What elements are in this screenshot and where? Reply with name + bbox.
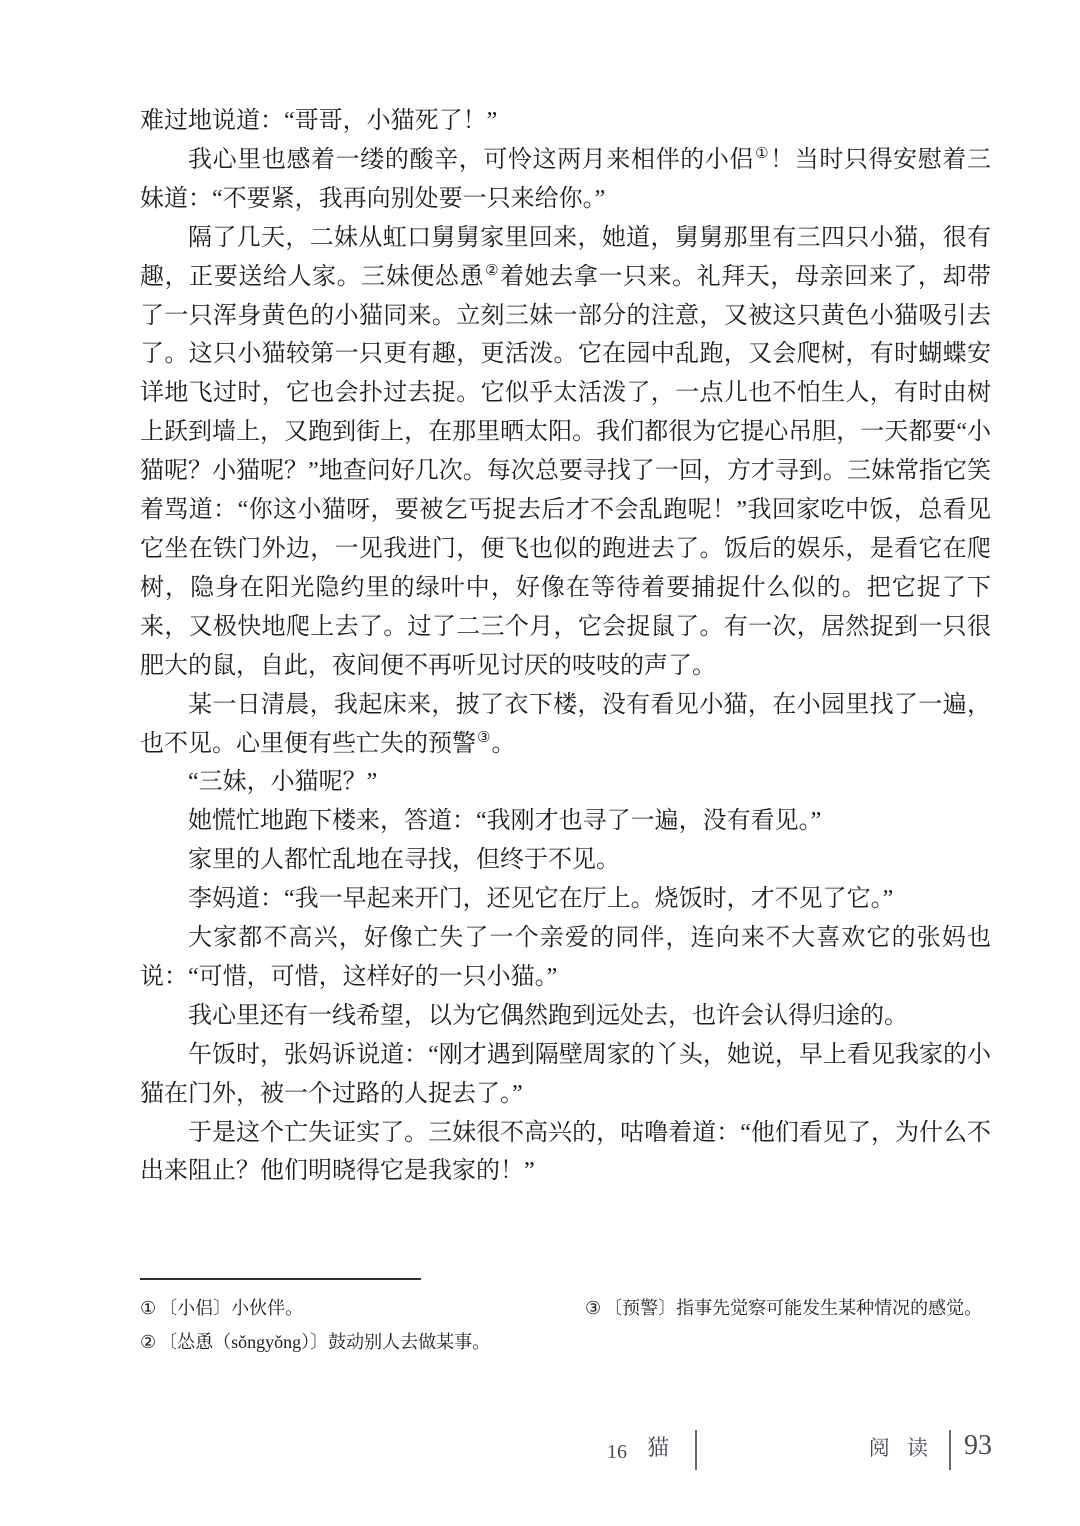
paragraph: 她慌忙地跑下楼来，答道：“我刚才也寻了一遍，没有看见。” bbox=[140, 802, 991, 841]
footnote-text: 〔小侣〕小伙伴。 bbox=[159, 1298, 303, 1318]
paragraph: 我心里也感着一缕的酸辛，可怜这两月来相伴的小侣①！当时只得安慰着三妹道：“不要紧… bbox=[140, 141, 991, 219]
lesson-title: 猫 bbox=[647, 1430, 669, 1464]
paragraph: 大家都不高兴，好像亡失了一个亲爱的同伴，连向来不大喜欢它的张妈也说：“可惜，可惜… bbox=[140, 919, 991, 997]
article-body: 难过地说道：“哥哥，小猫死了！”我心里也感着一缕的酸辛，可怜这两月来相伴的小侣①… bbox=[140, 102, 991, 1191]
footer-vertical-rule bbox=[949, 1430, 951, 1470]
footnotes-columns: ①〔小侣〕小伙伴。②〔怂恿（sǒngyǒng）〕鼓动别人去做某事。 ③〔预警〕指… bbox=[140, 1291, 991, 1359]
paragraph: 隔了几天，二妹从虹口舅舅家里回来，她道，舅舅那里有三四只小猫，很有趣，正要送给人… bbox=[140, 219, 991, 686]
footnotes-col-left: ①〔小侣〕小伙伴。②〔怂恿（sǒngyǒng）〕鼓动别人去做某事。 bbox=[140, 1291, 585, 1359]
paragraph: 家里的人都忙乱地在寻找，但终于不见。 bbox=[140, 841, 991, 880]
footnote-text: 〔预警〕指事先觉察可能发生某种情况的感觉。 bbox=[604, 1298, 982, 1318]
textbook-page: 难过地说道：“哥哥，小猫死了！”我心里也感着一缕的酸辛，可怜这两月来相伴的小侣①… bbox=[0, 0, 1080, 1526]
paragraph: 于是这个亡失证实了。三妹很不高兴的，咕噜着道：“他们看见了，为什么不出来阻止？他… bbox=[140, 1114, 991, 1192]
paragraph: 午饭时，张妈诉说道：“刚才遇到隔壁周家的丫头，她说，早上看见我家的小猫在门外，被… bbox=[140, 1036, 991, 1114]
page-number: 93 bbox=[964, 1430, 992, 1462]
paragraph: 李妈道：“我一早起来开门，还见它在厅上。烧饭时，才不见了它。” bbox=[140, 880, 991, 919]
footnote-reference: ③ bbox=[477, 730, 490, 746]
paragraph: 难过地说道：“哥哥，小猫死了！” bbox=[140, 102, 991, 141]
footnote-reference: ② bbox=[485, 263, 499, 279]
footnote-marker: ① bbox=[140, 1298, 156, 1318]
footnote-item: ①〔小侣〕小伙伴。 bbox=[140, 1291, 585, 1325]
footnotes-col-right: ③〔预警〕指事先觉察可能发生某种情况的感觉。 bbox=[585, 1291, 991, 1359]
footnotes-section: ①〔小侣〕小伙伴。②〔怂恿（sǒngyǒng）〕鼓动别人去做某事。 ③〔预警〕指… bbox=[140, 1278, 991, 1359]
footer-vertical-rule bbox=[695, 1430, 697, 1470]
page-footer: 16 猫 阅 读 93 bbox=[0, 1430, 1080, 1476]
footnote-marker: ③ bbox=[585, 1298, 601, 1318]
section-label: 阅 读 bbox=[869, 1430, 928, 1464]
footer-lesson-group: 16 猫 bbox=[607, 1430, 697, 1470]
lesson-number: 16 bbox=[607, 1430, 627, 1468]
footnote-divider-rule bbox=[140, 1278, 421, 1280]
paragraph: 某一日清晨，我起床来，披了衣下楼，没有看见小猫，在小园里找了一遍，也不见。心里便… bbox=[140, 686, 991, 764]
footnote-reference: ① bbox=[755, 146, 769, 162]
footnote-text: 〔怂恿（sǒngyǒng）〕鼓动别人去做某事。 bbox=[159, 1332, 490, 1352]
footnote-item: ②〔怂恿（sǒngyǒng）〕鼓动别人去做某事。 bbox=[140, 1325, 585, 1359]
paragraph: “三妹，小猫呢？” bbox=[140, 763, 991, 802]
footnote-item: ③〔预警〕指事先觉察可能发生某种情况的感觉。 bbox=[585, 1291, 991, 1325]
footnote-marker: ② bbox=[140, 1332, 156, 1352]
paragraph: 我心里还有一线希望，以为它偶然跑到远处去，也许会认得归途的。 bbox=[140, 997, 991, 1036]
footer-section-group: 阅 读 93 bbox=[869, 1430, 992, 1470]
